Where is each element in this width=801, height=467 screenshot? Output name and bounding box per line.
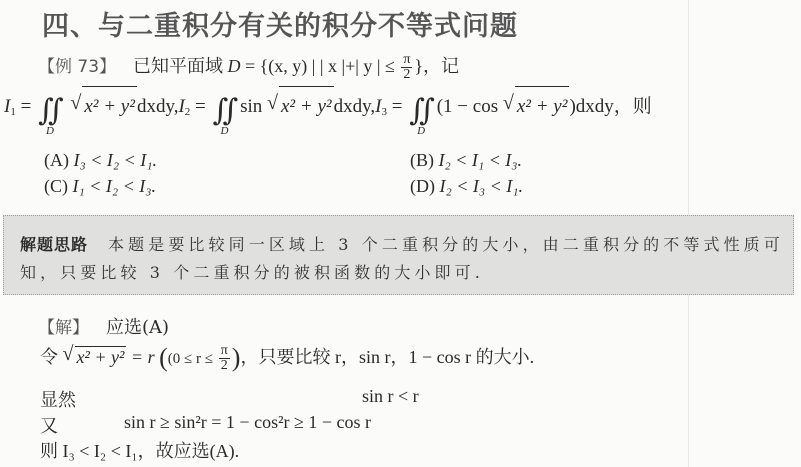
option-a: (A) I₃ < I₂ < I₁. <box>44 150 157 171</box>
problem-intro: 已知平面域 <box>133 56 228 76</box>
sqrt-expression: √x² + y² <box>70 86 137 127</box>
integral-definitions: I1 = ∬D √x² + y²dxdy,I2 = ∬Dsin √x² + y²… <box>4 86 652 132</box>
substitution-line: 令 √x² + y² = r ((0 ≤ r ≤ π2)，只要比较 r，sin … <box>40 343 534 373</box>
also-expression: sin r ≥ sin²r = 1 − cos²r ≥ 1 − cos r <box>124 412 371 433</box>
hint-line-1: 解题思路本题是要比较同一区域上 3 个二重积分的大小，由二重积分的不等式性质可 <box>20 232 784 255</box>
problem-intro-suffix: ，记 <box>423 56 459 76</box>
example-label: 【例 73】 <box>38 52 116 77</box>
double-integral-icon: ∬D <box>38 96 64 126</box>
obvious-expression: sin r < r <box>362 386 419 407</box>
hint-box <box>3 215 794 295</box>
sqrt-expression: √x² + y² <box>503 86 570 127</box>
option-b: (B) I₂ < I₁ < I₃. <box>410 150 522 171</box>
conclusion-line: 则 I₃ < I₂ < I₁，故应选(A). <box>40 437 239 463</box>
solution-answer: 应选(A) <box>106 313 169 339</box>
sqrt-expression: √x² + y² <box>63 346 127 368</box>
problem-statement: 已知平面域 D = {(x, y) | | x |+| y | ≤ π2}，记 <box>133 52 459 82</box>
option-c: (C) I₁ < I₂ < I₃. <box>44 176 156 197</box>
hint-label: 解题思路 <box>20 235 88 254</box>
obvious-label: 显然 <box>40 386 76 412</box>
double-integral-icon: ∬D <box>213 96 239 126</box>
domain-set-close: } <box>414 56 423 76</box>
double-integral-icon: ∬D <box>409 96 435 126</box>
sqrt-expression: √x² + y² <box>267 86 334 127</box>
pi-over-two: π2 <box>401 53 412 82</box>
also-label: 又 <box>40 412 58 438</box>
domain-set-open: = {(x, y) | | x |+| y | ≤ <box>241 56 400 76</box>
domain-var: D <box>228 56 241 76</box>
option-d: (D) I₂ < I₃ < I₁. <box>410 176 523 197</box>
section-title: 四、与二重积分有关的积分不等式问题 <box>42 4 518 43</box>
hint-line-2: 知，只要比较 3 个二重积分的被积函数的大小即可. <box>20 260 484 283</box>
solution-label: 【解】 <box>38 313 89 338</box>
pi-over-two: π2 <box>219 344 230 373</box>
